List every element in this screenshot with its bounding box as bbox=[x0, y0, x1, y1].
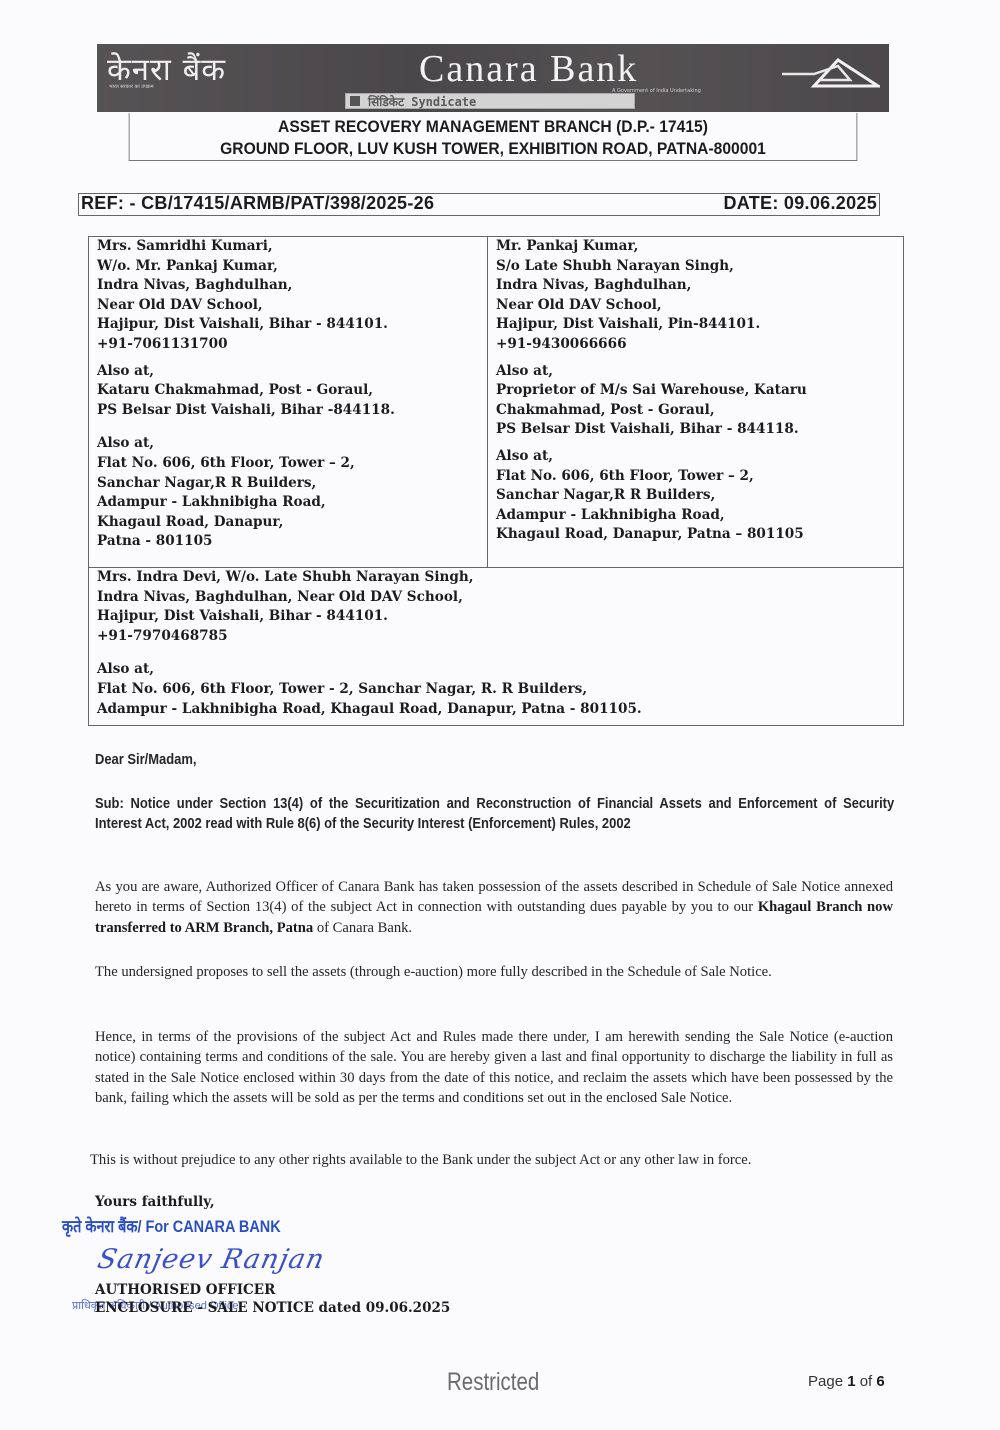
primary-address: Mr. Pankaj Kumar,S/o Late Shubh Narayan … bbox=[496, 237, 903, 355]
page-total: 6 bbox=[876, 1373, 884, 1390]
address-line: Indra Nivas, Baghdulhan, bbox=[97, 276, 487, 296]
address-line: Chakmahmad, Post - Goraul, bbox=[496, 401, 903, 421]
address-line: Flat No. 606, 6th Floor, Tower – 2, bbox=[496, 467, 903, 487]
branch-address-box: ASSET RECOVERY MANAGEMENT BRANCH (D.P.- … bbox=[129, 113, 858, 161]
address-line: Proprietor of M/s Sai Warehouse, Kataru bbox=[496, 381, 903, 401]
address-line: Adampur - Lakhnibigha Road, Khagaul Road… bbox=[97, 700, 903, 720]
address-line: Sanchar Nagar,R R Builders, bbox=[97, 474, 487, 494]
body-paragraph-sale: The undersigned proposes to sell the ass… bbox=[95, 962, 893, 982]
signatory-designation: AUTHORISED OFFICER bbox=[95, 1282, 275, 1298]
page-prefix: Page bbox=[808, 1373, 847, 1390]
address-line: Also at, bbox=[97, 362, 487, 382]
syndicate-text: सिंडिकेट Syndicate bbox=[368, 93, 476, 110]
reference-number: REF: - CB/17415/ARMB/PAT/398/2025-26 bbox=[81, 193, 434, 214]
p1-text-end: of Canara Bank. bbox=[313, 920, 412, 936]
letter-date: DATE: 09.06.2025 bbox=[723, 193, 877, 214]
address-line: Khagaul Road, Danapur, Patna – 801105 bbox=[496, 525, 903, 545]
reference-bar: REF: - CB/17415/ARMB/PAT/398/2025-26 DAT… bbox=[78, 193, 880, 216]
address-line: Sanchar Nagar,R R Builders, bbox=[496, 486, 903, 506]
body-paragraph-final-opportunity: Hence, in terms of the provisions of the… bbox=[95, 1027, 893, 1108]
address-line: Also at, bbox=[496, 447, 903, 467]
address-line: Near Old DAV School, bbox=[97, 296, 487, 316]
address-line: Khagaul Road, Danapur, bbox=[97, 513, 487, 533]
address-line: Hajipur, Dist Vaishali, Bihar - 844101. bbox=[97, 607, 903, 627]
alternate-address: Also at,Kataru Chakmahmad, Post - Goraul… bbox=[97, 362, 487, 421]
address-line: Also at, bbox=[496, 362, 903, 382]
address-line: W/o. Mr. Pankaj Kumar, bbox=[97, 257, 487, 277]
closing: Yours faithfully, bbox=[95, 1194, 215, 1210]
address-line: +91-7061131700 bbox=[97, 335, 487, 355]
address-line: Patna - 801105 bbox=[97, 532, 487, 552]
address-line: Adampur - Lakhnibigha Road, bbox=[97, 493, 487, 513]
addressee-table: Mrs. Samridhi Kumari,W/o. Mr. Pankaj Kum… bbox=[88, 236, 904, 726]
syndicate-logo-icon bbox=[350, 96, 360, 106]
address-line: +91-7970468785 bbox=[97, 627, 903, 647]
address-line: Mr. Pankaj Kumar, bbox=[496, 237, 903, 257]
address-line: Also at, bbox=[97, 660, 903, 680]
address-line: S/o Late Shubh Narayan Singh, bbox=[496, 257, 903, 277]
primary-address: Mrs. Samridhi Kumari,W/o. Mr. Pankaj Kum… bbox=[97, 237, 487, 355]
address-line: Indra Nivas, Baghdulhan, Near Old DAV Sc… bbox=[97, 588, 903, 608]
block-spacer bbox=[97, 420, 487, 434]
address-line: Near Old DAV School, bbox=[496, 296, 903, 316]
handwritten-signature: Sanjeev Ranjan bbox=[95, 1244, 328, 1275]
address-line: Hajipur, Dist Vaishali, Pin-844101. bbox=[496, 315, 903, 335]
bank-letterhead-banner: केनरा बैंक भारत सरकार का उपक्रम Canara B… bbox=[97, 44, 889, 112]
enclosure-note: ENCLOSURE - SALE NOTICE dated 09.06.2025 bbox=[95, 1300, 450, 1316]
address-line: Mrs. Indra Devi, W/o. Late Shubh Narayan… bbox=[97, 568, 903, 588]
block-spacer bbox=[496, 440, 903, 447]
bank-stamp: कृते केनरा बैंक/ For CANARA BANK bbox=[62, 1214, 281, 1237]
address-line: +91-9430066666 bbox=[496, 335, 903, 355]
syndicate-merger-label: सिंडिकेट Syndicate bbox=[345, 93, 635, 109]
address-line: Kataru Chakmahmad, Post - Goraul, bbox=[97, 381, 487, 401]
branch-name: ASSET RECOVERY MANAGEMENT BRANCH (D.P.- … bbox=[130, 116, 857, 138]
page-current: 1 bbox=[847, 1373, 855, 1390]
block-spacer bbox=[496, 355, 903, 362]
alternate-address: Also at,Flat No. 606, 6th Floor, Tower –… bbox=[496, 447, 903, 545]
page-of: of bbox=[856, 1373, 877, 1390]
address-line: Flat No. 606, 6th Floor, Tower - 2, Sanc… bbox=[97, 680, 903, 700]
alternate-address: Also at,Proprietor of M/s Sai Warehouse,… bbox=[496, 362, 903, 440]
addressee-cell: Mrs. Indra Devi, W/o. Late Shubh Narayan… bbox=[89, 567, 903, 725]
bank-tagline-hindi: भारत सरकार का उपक्रम bbox=[109, 84, 154, 90]
canara-bank-logo-icon bbox=[780, 56, 880, 90]
subject-line: Sub: Notice under Section 13(4) of the S… bbox=[95, 795, 894, 834]
address-line: PS Belsar Dist Vaishali, Bihar - 844118. bbox=[496, 420, 903, 440]
address-line: PS Belsar Dist Vaishali, Bihar -844118. bbox=[97, 401, 487, 421]
alternate-address: Also at,Flat No. 606, 6th Floor, Tower -… bbox=[97, 660, 903, 719]
block-spacer bbox=[97, 646, 903, 660]
body-paragraph-without-prejudice: This is without prejudice to any other r… bbox=[90, 1150, 898, 1170]
block-spacer bbox=[97, 355, 487, 362]
addressee-cell: Mrs. Samridhi Kumari,W/o. Mr. Pankaj Kum… bbox=[89, 237, 488, 567]
address-line: Flat No. 606, 6th Floor, Tower – 2, bbox=[97, 454, 487, 474]
body-paragraph-possession: As you are aware, Authorized Officer of … bbox=[95, 877, 893, 938]
addressee-cell: Mr. Pankaj Kumar,S/o Late Shubh Narayan … bbox=[488, 237, 903, 567]
address-line: Also at, bbox=[97, 434, 487, 454]
page-number: Page 1 of 6 bbox=[808, 1373, 885, 1390]
alternate-address: Also at,Flat No. 606, 6th Floor, Tower –… bbox=[97, 434, 487, 552]
address-line: Indra Nivas, Baghdulhan, bbox=[496, 276, 903, 296]
classification-label: Restricted bbox=[447, 1368, 539, 1397]
address-line: Hajipur, Dist Vaishali, Bihar - 844101. bbox=[97, 315, 487, 335]
bank-name: Canara Bank bbox=[419, 47, 638, 91]
salutation: Dear Sir/Madam, bbox=[95, 751, 894, 771]
primary-address: Mrs. Indra Devi, W/o. Late Shubh Narayan… bbox=[97, 568, 903, 646]
address-line: Adampur - Lakhnibigha Road, bbox=[496, 506, 903, 526]
branch-address: GROUND FLOOR, LUV KUSH TOWER, EXHIBITION… bbox=[130, 138, 857, 160]
address-line: Mrs. Samridhi Kumari, bbox=[97, 237, 487, 257]
